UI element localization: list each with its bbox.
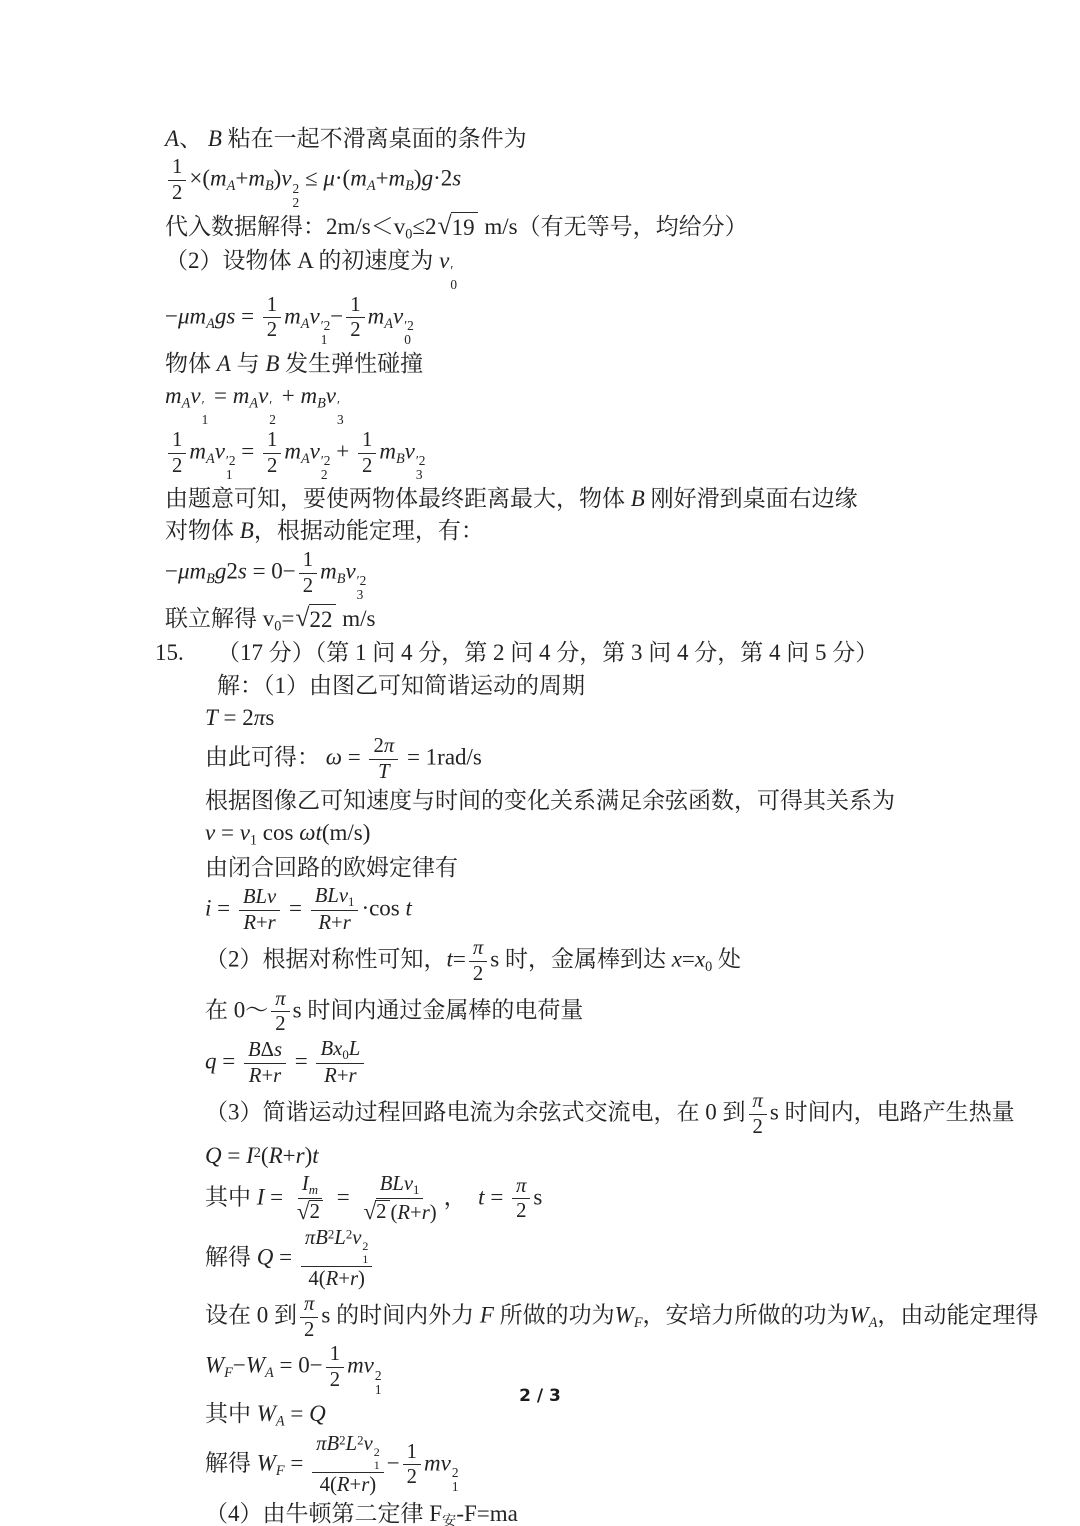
numerator: Bx0L [316, 1038, 364, 1064]
fraction: πB2L2v214(R+r) [312, 1433, 384, 1497]
subscript: A [206, 451, 215, 467]
math-variable: m [320, 558, 337, 583]
text-run: (m/s) [322, 820, 371, 845]
math-variable: Q [205, 1143, 222, 1168]
fraction: BLvR+r [239, 886, 280, 935]
denominator: 2 [346, 318, 364, 342]
superscript: ′ [202, 399, 205, 413]
subscript: m [309, 1183, 318, 1197]
subscript: A [384, 316, 393, 332]
denominator: 2 [749, 1115, 767, 1139]
text-run: 1 [350, 294, 360, 316]
numerator: πB2L2v21 [301, 1227, 373, 1267]
subscript: A [265, 1366, 274, 1382]
text-run: ≤ [299, 166, 323, 191]
math-variable: π [384, 735, 394, 757]
math-variable: r [348, 1065, 356, 1087]
text-run: 1 [172, 156, 182, 178]
math-variable: r [273, 1065, 281, 1087]
text-run: + [410, 1202, 422, 1224]
denominator: 2 [168, 454, 186, 478]
text-run: 1 [303, 549, 313, 571]
text-run: 由此可得： [205, 745, 326, 770]
math-variable: v [405, 438, 415, 463]
text-run: 2 [373, 735, 383, 757]
subscript: 3 [416, 468, 423, 482]
text-run: 对物体 [165, 518, 240, 543]
denominator: 2 [271, 1012, 289, 1036]
text-run: ) [369, 1474, 376, 1496]
math-variable: π [473, 937, 483, 959]
math-variable: A [165, 126, 179, 151]
math-variable: x [695, 947, 705, 972]
denominator: 2 [512, 1199, 530, 1223]
text-run: + [350, 1474, 362, 1496]
math-variable: μm [178, 558, 206, 583]
math-variable: I [246, 1143, 254, 1168]
fraction: 12 [346, 294, 364, 343]
doc-line: 由此可得： ω = 2πT = 1rad/s [205, 735, 945, 784]
fraction: 12 [263, 294, 281, 343]
math-variable: r [343, 912, 351, 934]
text-run: + [331, 912, 343, 934]
numerator: BLv1 [311, 885, 359, 911]
math-variable: v [326, 383, 336, 408]
text-run: = [264, 1184, 288, 1209]
math-variable: W [257, 1450, 276, 1475]
fraction: 12 [168, 429, 186, 478]
math-variable: v [215, 438, 225, 463]
subscript: B [396, 451, 405, 467]
numerator: 1 [299, 549, 317, 574]
doc-line: 解得 WF = πB2L2v214(R+r)−12mv21 [205, 1433, 945, 1497]
text-run: 根据图像乙可知速度与时间的变化关系满足余弦函数，可得其关系为 [205, 788, 895, 813]
numerator: BΔs [244, 1039, 286, 1064]
doc-line: 由闭合回路的欧姆定律有 [205, 853, 945, 883]
page-footer: 2 / 3 [0, 1386, 1080, 1406]
text-run: 、 [179, 126, 208, 151]
denominator: 4(R+r) [304, 1267, 369, 1291]
superscript: ′2 [321, 319, 331, 333]
question-number: 15. [155, 638, 217, 668]
sub-sup-stack: ′0 [450, 264, 457, 292]
text-run: 由闭合回路的欧姆定律有 [205, 855, 458, 880]
page-number: 2 / 3 [519, 1386, 561, 1406]
text-run: m/s（有无等号，均给分） [479, 214, 748, 239]
math-variable: m [233, 383, 250, 408]
subscript: F [634, 1315, 643, 1331]
text-run: 2 [350, 319, 360, 341]
text-run: 设在 0 到 [205, 1302, 297, 1327]
sub-sup-stack: ′21 [321, 319, 331, 347]
doc-line: 根据图像乙可知速度与时间的变化关系满足余弦函数，可得其关系为 [205, 786, 945, 816]
text-run: 1 [267, 429, 277, 451]
math-variable: m [368, 303, 385, 328]
subscript: 安 [442, 1514, 456, 1526]
text-run: = [236, 438, 260, 463]
math-variable: R [324, 1065, 337, 1087]
denominator: √2 [292, 1199, 328, 1225]
math-variable: R [243, 912, 256, 934]
superscript: ′2 [357, 574, 367, 588]
text-run: = [283, 895, 307, 920]
sub-sup-stack: 21 [362, 1240, 368, 1265]
math-variable: W [850, 1302, 869, 1327]
doc-line: A、 B 粘在一起不滑离桌面的条件为 [165, 124, 945, 154]
text-run: 物体 [165, 351, 217, 376]
text-run: 与 [231, 351, 266, 376]
text-run: − [233, 1353, 246, 1378]
doc-line: 对物体 B，根据动能定理，有： [165, 516, 945, 546]
numerator: π [469, 937, 487, 962]
text-run: 2 [226, 558, 238, 583]
fraction: π2 [749, 1090, 767, 1139]
text-run: （2）根据对称性可知， [205, 947, 447, 972]
math-variable: Q [257, 1244, 274, 1269]
math-variable: m [300, 383, 317, 408]
superscript: 2 [374, 1446, 380, 1459]
subscript: B [317, 396, 326, 412]
text-run: = [273, 1244, 297, 1269]
math-variable: L [346, 1433, 358, 1455]
numerator: 1 [168, 429, 186, 454]
denominator: 2 [299, 574, 317, 598]
numerator: π [512, 1175, 530, 1200]
sub-sup-stack: ′23 [416, 454, 426, 482]
document-content: A、 B 粘在一起不滑离桌面的条件为12×(mA+mB)v22 ≤ μ·(mA+… [165, 122, 945, 1526]
text-run: + [337, 1065, 349, 1087]
subscript: 2 [269, 413, 276, 427]
math-variable: A [217, 351, 231, 376]
square-root: √19 [437, 212, 477, 243]
doc-line: （2）设物体 A 的初速度为 v′0 [165, 246, 945, 292]
text-run: 19 [452, 215, 475, 240]
fraction: BΔsR+r [244, 1039, 286, 1088]
denominator: 4(R+r) [316, 1473, 381, 1497]
text-run: （17 分）（第 1 问 4 分，第 2 问 4 分，第 3 问 4 分，第 4… [217, 640, 878, 665]
fraction: π2 [271, 988, 289, 1037]
math-variable: v [309, 303, 319, 328]
math-variable: g [422, 166, 434, 191]
radical-sign: √ [295, 604, 309, 631]
subscript: B [206, 571, 215, 587]
numerator: 1 [326, 1343, 344, 1368]
fraction: BLv1R+r [311, 885, 359, 935]
text-run: s 时间内，电路产生热量 [770, 1100, 1015, 1125]
subscript: 1 [250, 833, 257, 849]
numerator: Im [298, 1173, 322, 1199]
doc-line: −μmBg2s = 0−12mBv′23 [165, 549, 945, 602]
text-run: = [215, 820, 239, 845]
math-variable: I [302, 1173, 309, 1195]
subscript: 1 [413, 1183, 419, 1197]
superscript: ′ [450, 264, 453, 278]
math-variable: BLv [315, 885, 348, 907]
text-run: 2 [516, 1200, 526, 1222]
doc-line: 12×(mA+mB)v22 ≤ μ·(mA+mB)g·2s [165, 156, 945, 209]
text-run: ) [414, 166, 422, 191]
text-run: = [331, 1184, 355, 1209]
math-variable: L [334, 1227, 346, 1249]
subscript: 1 [362, 1253, 368, 1266]
math-variable: BLv [243, 886, 276, 908]
denominator: 2 [358, 454, 376, 478]
text-run: 解得 [205, 1244, 257, 1269]
subscript: F [224, 1366, 233, 1382]
math-variable: B [240, 518, 254, 543]
text-run: ×( [189, 166, 210, 191]
math-variable: W [615, 1302, 634, 1327]
text-run: = 1rad/s [401, 745, 482, 770]
math-variable: μm [178, 303, 206, 328]
fraction: 12 [326, 1343, 344, 1392]
numerator: 1 [346, 294, 364, 319]
text-run: + [256, 912, 268, 934]
math-variable: π [254, 705, 266, 730]
math-variable: π [753, 1090, 763, 1112]
subscript: 1 [374, 1459, 380, 1472]
text-run: 2 [172, 182, 182, 204]
fraction: 12 [168, 156, 186, 205]
text-run: ，根据动能定理，有： [254, 518, 484, 543]
denominator: R+r [314, 911, 354, 935]
subscript: 1 [321, 333, 328, 347]
math-variable: mv [424, 1450, 451, 1475]
doc-line: v = v1 cos ωt(m/s) [205, 818, 945, 850]
text-run: = [289, 1048, 313, 1073]
math-variable: m [248, 166, 265, 191]
denominator: √2(R+r) [358, 1199, 440, 1225]
denominator: 2 [263, 318, 281, 342]
fraction: 12 [358, 429, 376, 478]
superscript: 2 [375, 1369, 382, 1383]
text-run: ) [430, 1202, 437, 1224]
doc-line: q = BΔsR+r = Bx0LR+r [205, 1038, 945, 1088]
text-run: s [533, 1184, 542, 1209]
math-variable: T [205, 705, 218, 730]
superscript: ′2 [226, 454, 236, 468]
math-variable: ω [326, 745, 342, 770]
denominator: R+r [239, 911, 279, 935]
text-run: + [235, 166, 248, 191]
radicand: 19 [451, 212, 478, 243]
subscript: B [265, 178, 274, 194]
denominator: 2 [263, 454, 281, 478]
math-variable: πB [316, 1433, 339, 1455]
doc-line: 12mAv′21 = 12mAv′22 + 12mBv′23 [165, 429, 945, 482]
text-run: （3）简谐运动过程回路电流为余弦式交流电，在 0 到 [205, 1100, 746, 1125]
math-variable: R [337, 1474, 350, 1496]
superscript: ′2 [416, 454, 426, 468]
subscript: 3 [357, 588, 364, 602]
denominator: 2 [168, 181, 186, 205]
math-variable: t [406, 895, 412, 920]
math-variable: L [349, 1038, 361, 1060]
math-variable: R [269, 1143, 283, 1168]
math-variable: π [516, 1175, 526, 1197]
math-variable: m [210, 166, 227, 191]
math-variable: B [631, 486, 645, 511]
math-variable: ωt [299, 820, 322, 845]
math-variable: m [379, 438, 396, 463]
math-variable: v [364, 1433, 373, 1455]
math-variable: m [189, 438, 206, 463]
text-run: ，由动能定理得 [877, 1302, 1038, 1327]
math-variable: π [304, 1293, 314, 1315]
math-variable: s [452, 166, 461, 191]
doc-line: −μmAgs = 12mAv′21−12mAv′20 [165, 294, 945, 347]
denominator: 2 [300, 1318, 318, 1342]
numerator: 1 [263, 294, 281, 319]
text-run: ) [358, 1268, 365, 1290]
sub-sup-stack: ′21 [226, 454, 236, 482]
sub-sup-stack: ′23 [357, 574, 367, 602]
subscript: A [206, 316, 215, 332]
square-root: √22 [295, 604, 335, 635]
fraction: 12 [263, 429, 281, 478]
doc-line: 由题意可知，要使两物体最终距离最大，物体 B 刚好滑到桌面右边缘 [165, 484, 945, 514]
superscript: ′ [337, 399, 340, 413]
text-run: 1 [172, 429, 182, 451]
text-run: 其中 [205, 1184, 257, 1209]
text-run: cos [257, 820, 299, 845]
numerator: 1 [263, 429, 281, 454]
sub-sup-stack: ′20 [404, 319, 414, 347]
math-variable: r [350, 1268, 358, 1290]
subscript: 1 [348, 895, 354, 909]
text-run: ， [444, 1184, 479, 1209]
superscript: 2 [452, 1466, 459, 1480]
math-variable: r [422, 1202, 430, 1224]
math-variable: v [352, 1227, 361, 1249]
math-variable: πB [305, 1227, 328, 1249]
fraction: Im√2 [292, 1173, 328, 1225]
doc-line: （4）由牛顿第二定律 F安-F=ma [205, 1499, 945, 1526]
math-variable: R [397, 1202, 410, 1224]
numerator: πB2L2v21 [312, 1433, 384, 1473]
doc-line: 解得 Q = πB2L2v214(R+r) [205, 1227, 945, 1291]
text-run: 1 [330, 1343, 340, 1365]
text-run: = [453, 947, 466, 972]
math-variable: B [208, 126, 222, 151]
text-run: 1 [407, 1441, 417, 1463]
subscript: 2 [321, 468, 328, 482]
text-run: = 2 [218, 705, 254, 730]
sub-sup-stack: 21 [452, 1466, 459, 1494]
text-run: 4( [308, 1268, 325, 1290]
text-run: 2 [473, 963, 483, 985]
text-run: 2 [267, 319, 277, 341]
text-run: + [283, 1143, 296, 1168]
denominator: R+r [245, 1064, 285, 1088]
doc-line: mAv′1 = mAv′2 + mBv′3 [165, 381, 945, 427]
math-variable: B [265, 351, 279, 376]
math-variable: v [190, 383, 200, 408]
fraction: Bx0LR+r [316, 1038, 364, 1088]
denominator: T [374, 760, 394, 784]
text-run: = [211, 895, 235, 920]
text-run: 处 [712, 947, 741, 972]
math-variable: t [312, 1143, 318, 1168]
math-variable: W [205, 1353, 224, 1378]
text-run: m/s [337, 606, 376, 631]
math-variable: π [275, 988, 285, 1010]
text-run: 4( [320, 1474, 337, 1496]
doc-line: Q = I2(R+r)t [205, 1141, 945, 1171]
text-run: = [281, 606, 294, 631]
text-run: 由题意可知，要使两物体最终距离最大，物体 [165, 486, 631, 511]
subscript: A [249, 396, 258, 412]
math-variable: q [205, 1048, 217, 1073]
text-run: ·2 [433, 166, 452, 191]
denominator: 2 [403, 1465, 421, 1489]
text-run: Δ [261, 1039, 274, 1061]
denominator: 2 [469, 962, 487, 986]
subscript: F [276, 1463, 285, 1479]
text-run: − [387, 1450, 400, 1475]
text-run: 2 [376, 1201, 386, 1223]
doc-line: （3）简谐运动过程回路电流为余弦式交流电，在 0 到π2s 时间内，电路产生热量 [205, 1090, 945, 1139]
numerator: π [271, 988, 289, 1013]
text-run: + [330, 438, 354, 463]
text-run: -F=ma [456, 1501, 518, 1526]
math-variable: g [215, 558, 227, 583]
text-run: 2 [172, 455, 182, 477]
doc-line: （2）根据对称性可知，t=π2s 时，金属棒到达 x=x0 处 [205, 937, 945, 986]
text-run: （4）由牛顿第二定律 F [205, 1501, 442, 1526]
text-run: = [235, 303, 259, 328]
text-run: 2 [310, 1201, 320, 1223]
radicand: 2 [309, 1200, 323, 1224]
subscript: 1 [202, 413, 209, 427]
fraction: 12 [403, 1441, 421, 1490]
math-variable: T [378, 761, 390, 783]
text-run: 22 [310, 607, 333, 632]
text-run: 在 0～ [205, 997, 268, 1022]
superscript: 2 [254, 1145, 261, 1161]
math-variable: BLv [380, 1173, 413, 1195]
text-run: = [208, 383, 232, 408]
text-run: s 时间内通过金属棒的电荷量 [293, 997, 584, 1022]
sub-sup-stack: ′2 [269, 399, 276, 427]
math-variable: s [238, 558, 247, 583]
square-root: √2 [363, 1200, 389, 1224]
text-run: ·cos [361, 895, 405, 920]
text-run: 发生弹性碰撞 [279, 351, 423, 376]
radical-sign: √ [437, 212, 451, 239]
text-run: 解：（1）由图乙可知简谐运动的周期 [217, 673, 585, 698]
text-run: + [376, 166, 389, 191]
numerator: 1 [358, 429, 376, 454]
math-variable: v [281, 166, 291, 191]
doc-line: 解：（1）由图乙可知简谐运动的周期 [217, 671, 945, 701]
doc-line: 代入数据解得：2m/s＜v0≤2√19 m/s（有无等号，均给分） [165, 212, 945, 244]
fraction: π2 [300, 1293, 318, 1342]
subscript: 0 [404, 333, 411, 347]
math-variable: r [296, 1143, 305, 1168]
math-variable: v [240, 820, 250, 845]
text-run: 代入数据解得：2m/s＜v [165, 214, 405, 239]
text-run: 2 [303, 575, 313, 597]
text-run: = [285, 1450, 309, 1475]
numerator: 2π [369, 735, 398, 760]
doc-line: 在 0～π2s 时间内通过金属棒的电荷量 [205, 988, 945, 1037]
text-run: ≤2 [412, 214, 436, 239]
radicand: 22 [309, 604, 336, 635]
math-variable: B [248, 1039, 261, 1061]
text-run: = [342, 745, 366, 770]
text-run: s [265, 705, 274, 730]
